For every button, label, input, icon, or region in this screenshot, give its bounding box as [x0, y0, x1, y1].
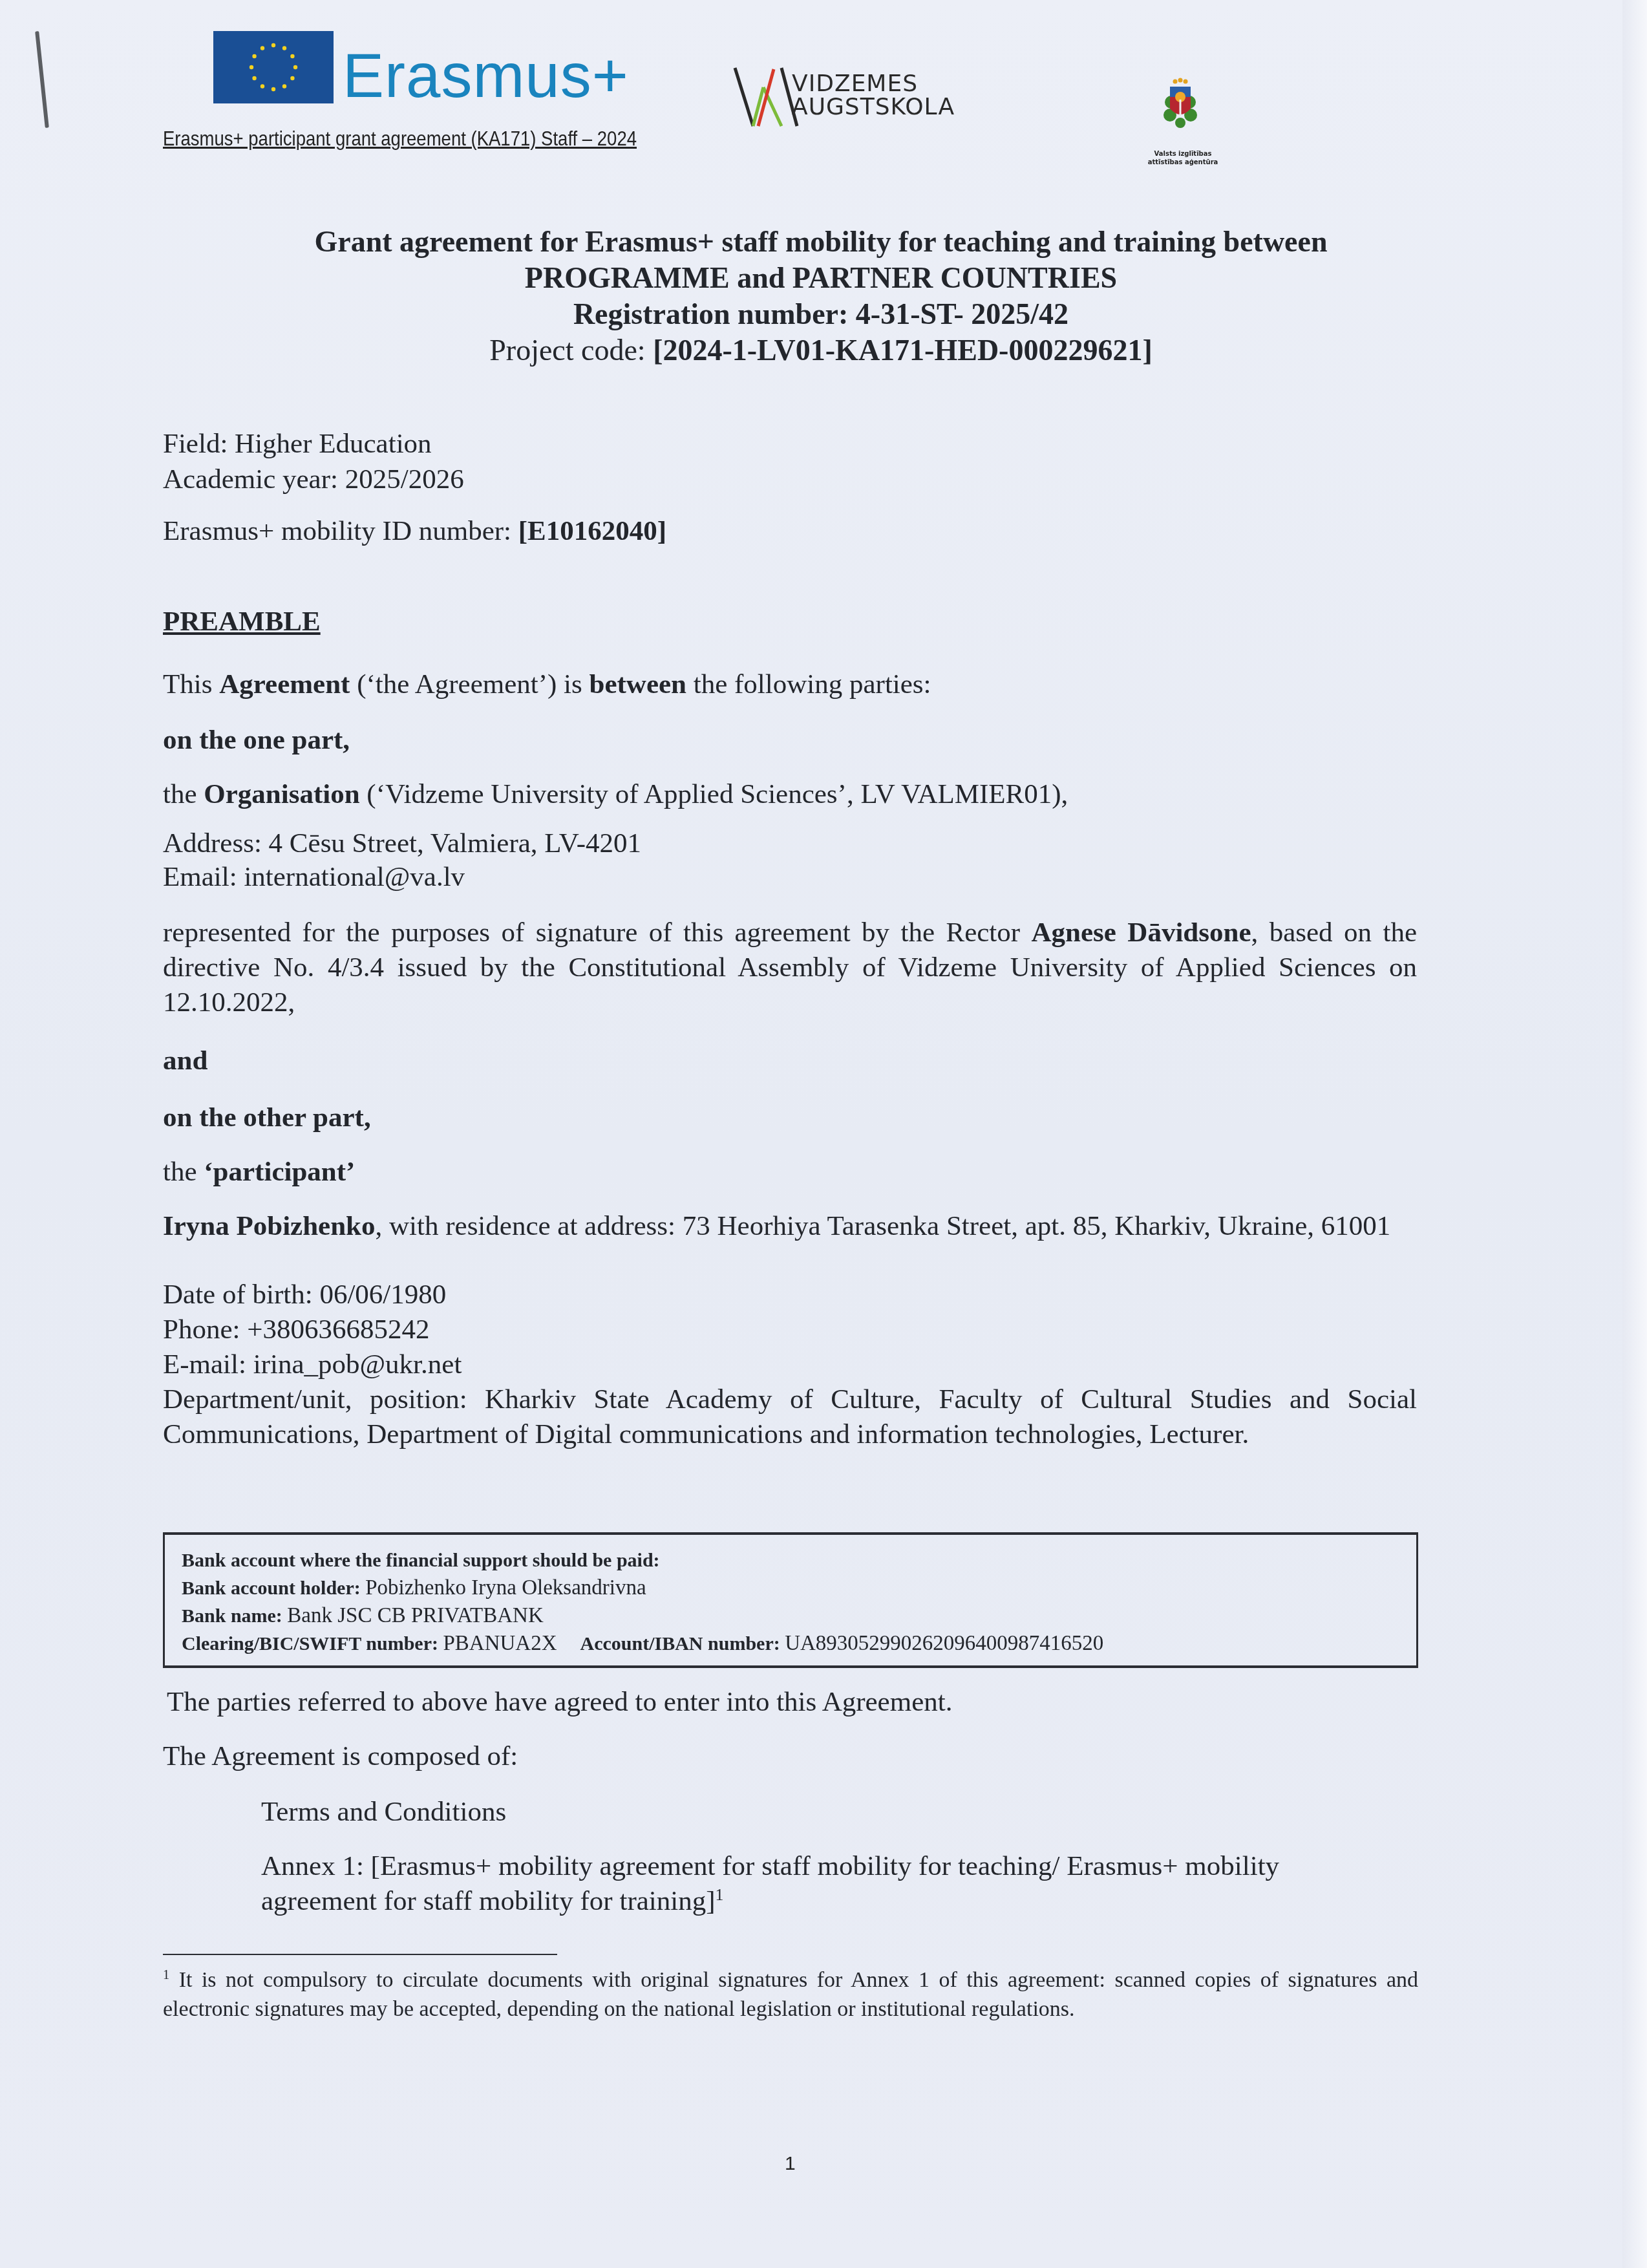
mobility-id: Erasmus+ mobility ID number: [E10162040]: [163, 514, 666, 549]
bank-account-box: Bank account where the financial support…: [163, 1532, 1418, 1668]
footnote: 1 It is not compulsory to circulate docu…: [163, 1965, 1418, 2024]
org-label: Organisation: [204, 779, 359, 809]
eu-flag-icon: [213, 31, 334, 103]
intro-between: between: [590, 669, 686, 700]
organisation-address: Address: 4 Cēsu Street, Valmiera, LV-420…: [163, 826, 641, 861]
agency-line1: Valsts izglītības: [1125, 150, 1241, 158]
project-code: Project code: [2024-1-LV01-KA171-HED-000…: [168, 332, 1474, 369]
bank-heading: Bank account where the financial support…: [182, 1546, 1399, 1574]
organisation-email: Email: international@va.lv: [163, 860, 465, 895]
university-logo-line1: VIDZEMES: [792, 72, 955, 96]
agency-name: Valsts izglītības attīstības aģentūra: [1125, 150, 1241, 167]
iban-value: UA893052990262096400987416520: [785, 1632, 1103, 1655]
intro-text: This: [163, 669, 219, 700]
title-line2: PROGRAMME and PARTNER COUNTRIES: [168, 260, 1474, 296]
registration-value: 4-31-ST- 2025/42: [856, 297, 1068, 330]
participant-phone: Phone: +380636685242: [163, 1312, 429, 1347]
participant-dob: Date of birth: 06/06/1980: [163, 1278, 446, 1312]
participant-text: the: [163, 1157, 204, 1187]
participant-name: Iryna Pobizhenko: [163, 1211, 376, 1241]
bank-holder-value: Pobizhenko Iryna Oleksandrivna: [365, 1576, 646, 1599]
organisation-line: the Organisation (‘Vidzeme University of…: [163, 777, 1068, 812]
bank-codes-row: Clearing/BIC/SWIFT number: PBANUA2XAccou…: [182, 1630, 1399, 1658]
footnote-marker: 1: [716, 1885, 724, 1904]
field: Field: Higher Education: [163, 427, 432, 462]
bank-holder-row: Bank account holder: Pobizhenko Iryna Ol…: [182, 1574, 1399, 1602]
annex-text: Annex 1: [Erasmus+ mobility agreement fo…: [261, 1851, 1279, 1916]
preamble-heading: PREAMBLE: [163, 604, 321, 639]
iban-label: Account/IBAN number:: [580, 1633, 785, 1654]
composition-item-terms: Terms and Conditions: [261, 1795, 506, 1830]
agreed-statement: The parties referred to above have agree…: [167, 1685, 952, 1720]
intro-agreement: Agreement: [219, 669, 350, 700]
swift-value: PBANUA2X: [443, 1632, 557, 1655]
one-part-label: on the one part,: [163, 723, 350, 758]
footnote-text: It is not compulsory to circulate docume…: [163, 1968, 1418, 2021]
project-code-value: [2024-1-LV01-KA171-HED-000229621]: [653, 334, 1153, 367]
participant-label: ‘participant’: [204, 1157, 355, 1187]
bank-holder-label: Bank account holder:: [182, 1578, 365, 1599]
rector-name: Agnese Dāvidsone: [1032, 917, 1251, 948]
participant-line: the ‘participant’: [163, 1155, 355, 1190]
and-label: and: [163, 1043, 207, 1078]
bank-name-value: Bank JSC CB PRIVATBANK: [287, 1604, 543, 1627]
title-line1: Grant agreement for Erasmus+ staff mobil…: [168, 224, 1474, 260]
university-name-logo: VIDZEMES AUGSTSKOLA: [792, 72, 955, 119]
footnote-divider: [163, 1954, 557, 1955]
page-number: 1: [785, 2153, 796, 2175]
org-text: the: [163, 779, 204, 809]
registration-number: Registration number: 4-31-ST- 2025/42: [168, 296, 1474, 332]
document-title: Grant agreement for Erasmus+ staff mobil…: [168, 224, 1474, 369]
preamble-intro: This Agreement (‘the Agreement’) is betw…: [163, 667, 931, 702]
representation-text: represented for the purposes of signatur…: [163, 917, 1032, 948]
swift-label: Clearing/BIC/SWIFT number:: [182, 1633, 443, 1654]
academic-year: Academic year: 2025/2026: [163, 462, 464, 497]
page-edge-shadow: [1622, 0, 1647, 2268]
bank-name-label: Bank name:: [182, 1605, 287, 1627]
composed-of-label: The Agreement is composed of:: [163, 1739, 518, 1774]
participant-email: E-mail: irina_pob@ukr.net: [163, 1347, 462, 1382]
mobility-id-label: Erasmus+ mobility ID number:: [163, 516, 518, 546]
footnote-number: 1: [163, 1968, 169, 1982]
bank-name-row: Bank name: Bank JSC CB PRIVATBANK: [182, 1602, 1399, 1630]
university-logo-line2: AUGSTSKOLA: [792, 96, 955, 119]
registration-label: Registration number:: [573, 297, 856, 330]
mobility-id-value: [E10162040]: [518, 516, 666, 546]
org-text: (‘Vidzeme University of Applied Sciences…: [360, 779, 1068, 809]
intro-text: the following parties:: [686, 669, 931, 700]
representation-paragraph: represented for the purposes of signatur…: [163, 915, 1417, 1020]
project-code-label: Project code:: [489, 334, 653, 367]
participant-details: Iryna Pobizhenko, with residence at addr…: [163, 1209, 1417, 1244]
document-page: Erasmus+ Erasmus+ participant grant agre…: [0, 0, 1647, 2268]
participant-address: , with residence at address: 73 Heorhiya…: [376, 1211, 1391, 1241]
staple-mark: [35, 31, 49, 128]
agreement-type-line: Erasmus+ participant grant agreement (KA…: [163, 127, 637, 151]
bank-heading-text: Bank account where the financial support…: [182, 1550, 660, 1571]
agency-line2: attīstības aģentūra: [1125, 158, 1241, 167]
participant-department: Department/unit, position: Kharkiv State…: [163, 1382, 1417, 1452]
latvia-coat-of-arms-icon: [1157, 78, 1204, 129]
intro-text: (‘the Agreement’) is: [350, 669, 589, 700]
other-part-label: on the other part,: [163, 1100, 371, 1135]
composition-item-annex: Annex 1: [Erasmus+ mobility agreement fo…: [261, 1849, 1295, 1919]
erasmus-logo: Erasmus+: [343, 45, 629, 107]
